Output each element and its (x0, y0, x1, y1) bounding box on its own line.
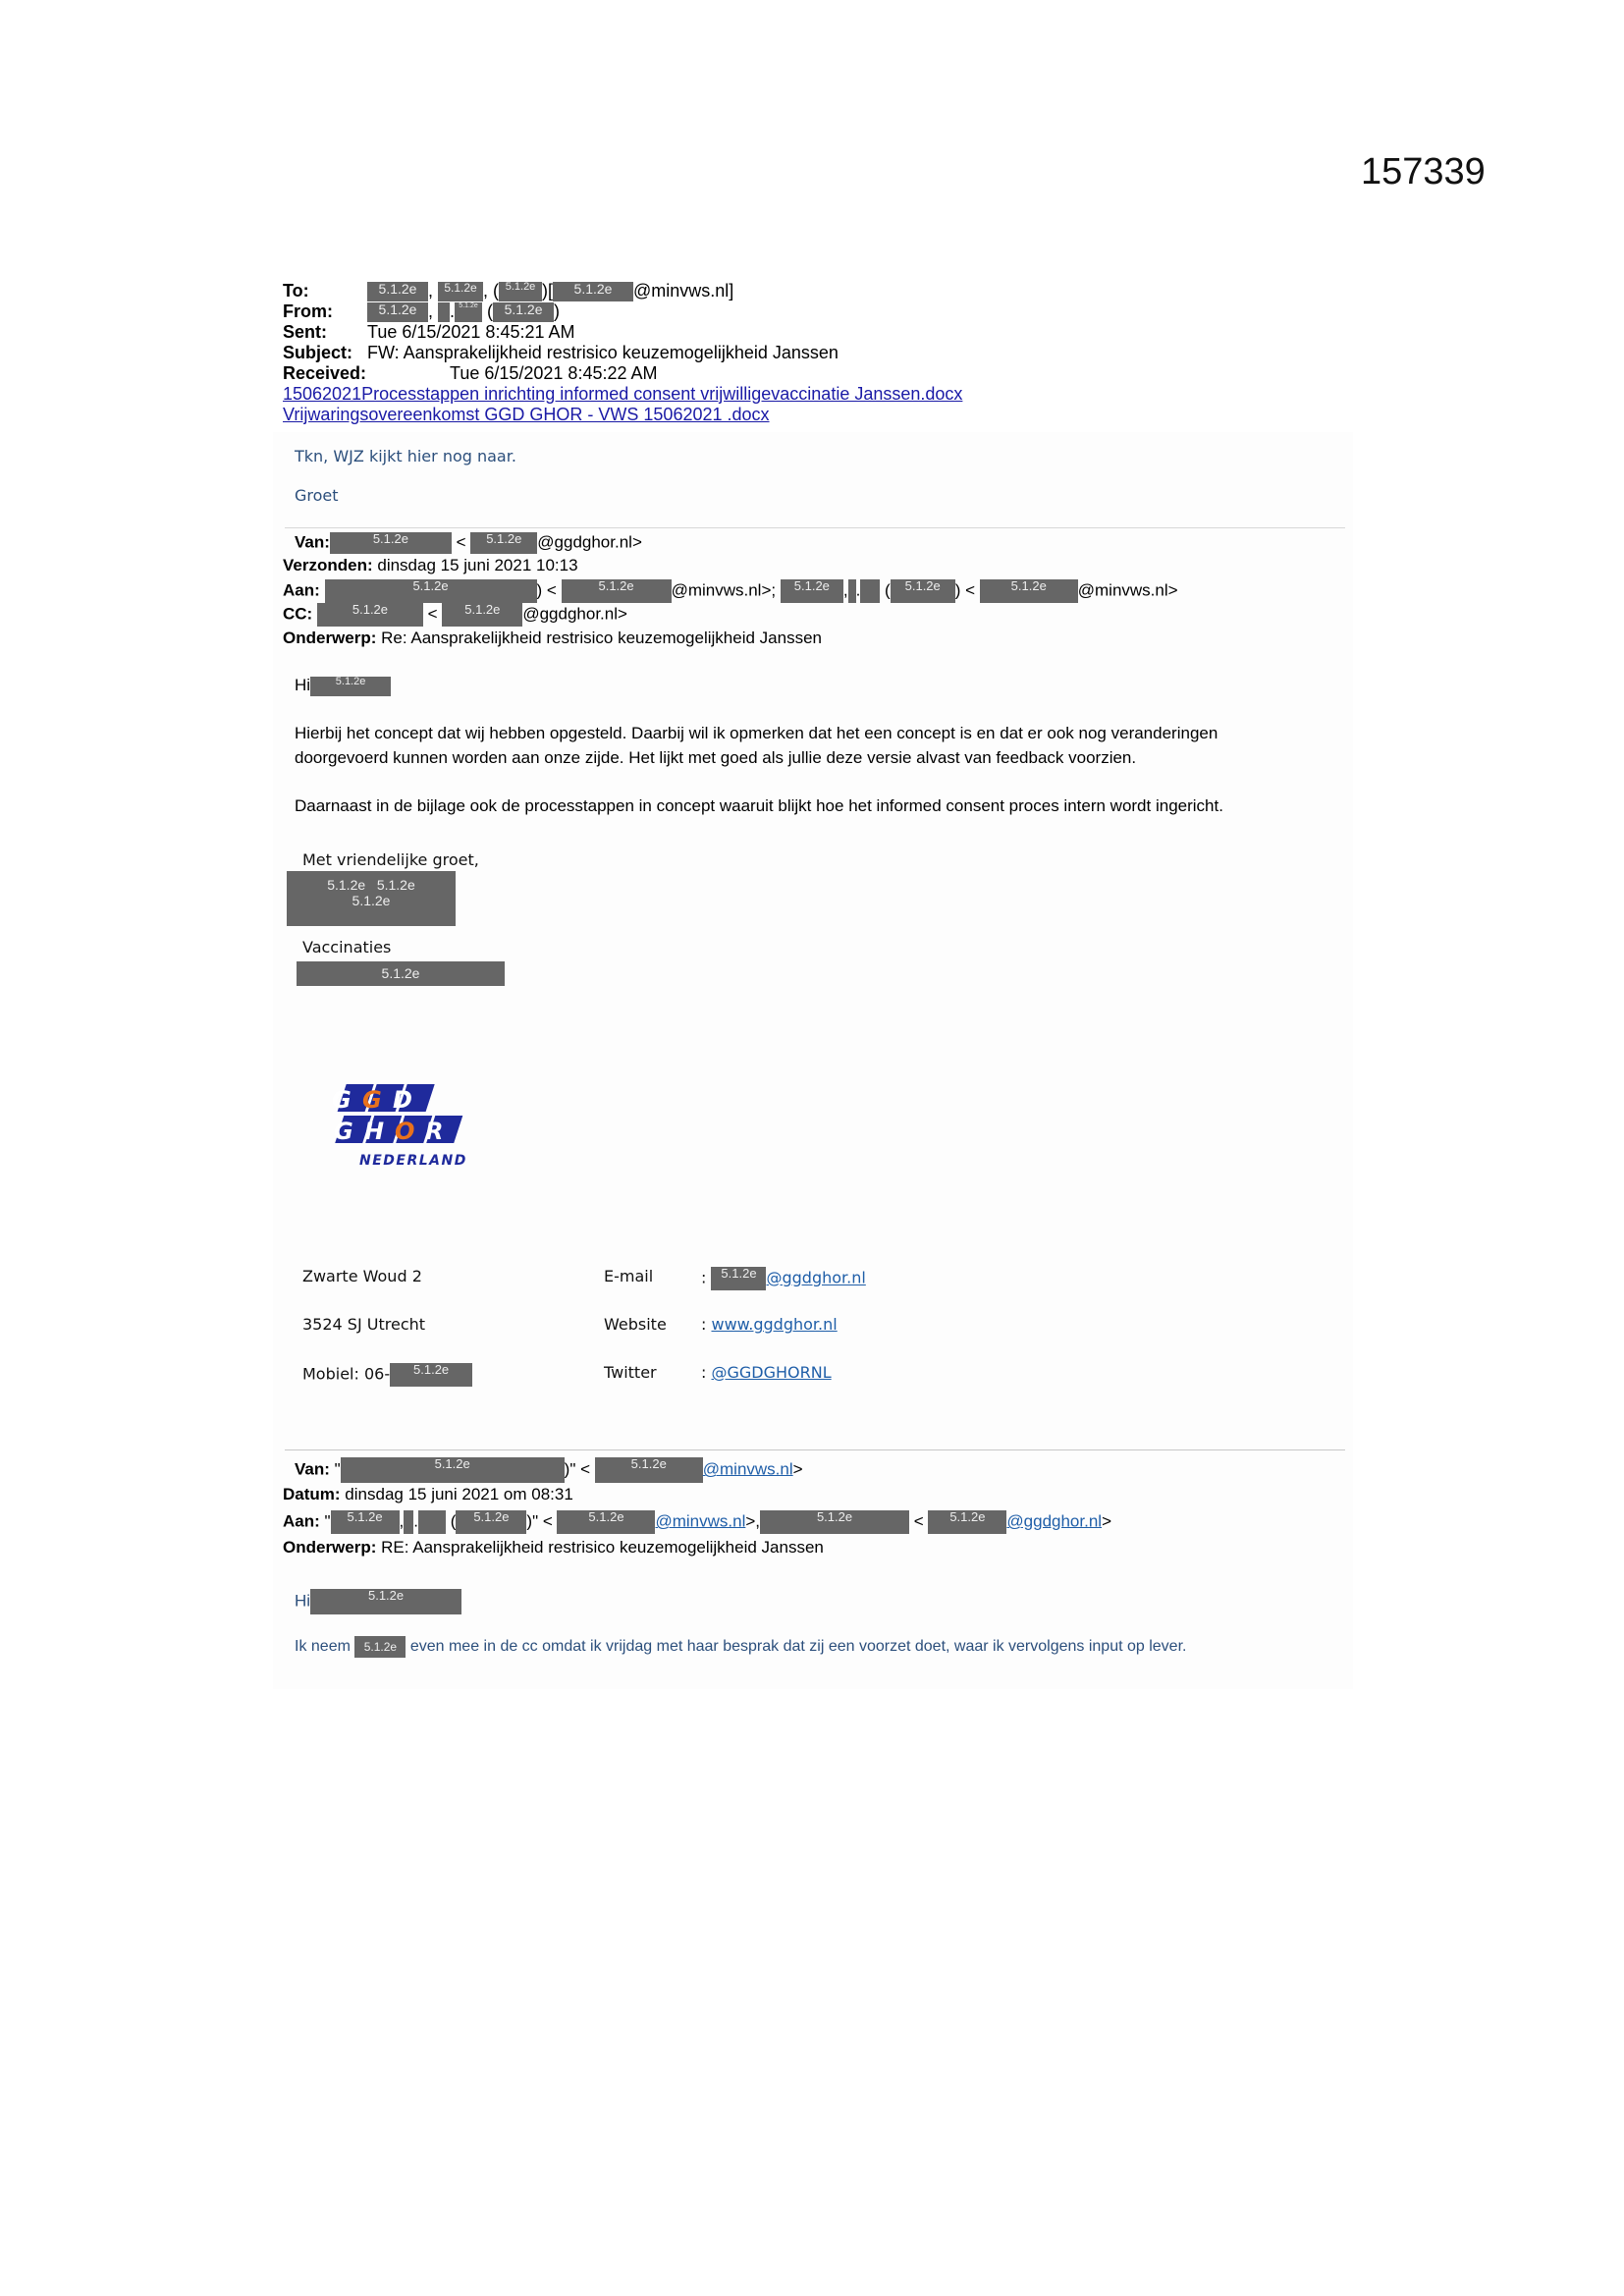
redaction: 5.1.2e (352, 893, 391, 908)
page-number: 157339 (1361, 151, 1486, 193)
aan-label: Aan: (283, 1511, 320, 1530)
redaction: 5.1.2e (493, 302, 554, 322)
redaction: 5.1.2e (980, 579, 1078, 603)
verzonden-value: dinsdag 15 juni 2021 10:13 (377, 556, 577, 574)
redaction: 5.1.2e (310, 677, 391, 696)
redaction: 5.1.2e (760, 1510, 909, 1534)
svg-text:NEDERLAND: NEDERLAND (359, 1153, 467, 1169)
verzonden-label: Verzonden: (283, 556, 373, 574)
forward-note-line1: Tkn, WJZ kijkt hier nog naar. (295, 447, 516, 465)
redaction: 5.1.2e (341, 1457, 565, 1483)
redaction (404, 1510, 413, 1534)
twitter-value: : @GGDGHORNL (701, 1363, 832, 1382)
redaction: 5.1.2e (317, 603, 423, 627)
redaction: 5.1.2e (928, 1510, 1006, 1534)
forward-note-line2: Groet (295, 486, 339, 505)
redaction: 5.1.2e (377, 877, 415, 893)
msg2-datum-row: Datum: dinsdag 15 juni 2021 om 08:31 (283, 1485, 573, 1504)
van-domain: @ggdghor.nl> (537, 532, 642, 551)
datum-label: Datum: (283, 1485, 341, 1503)
separator: : (701, 1363, 706, 1382)
redaction: 5.1.2e (390, 1363, 472, 1387)
redaction: 5.1.2e (367, 302, 428, 322)
mobile-row: Mobiel: 06-5.1.2e (302, 1363, 472, 1387)
redaction (418, 1510, 446, 1534)
aan-domain-1: @minvws.nl>; (672, 580, 777, 599)
msg1-para1-line2: doorgevoerd kunnen worden aan onze zijde… (295, 748, 1136, 768)
sent-value: Tue 6/15/2021 8:45:21 AM (367, 322, 575, 343)
mobile-label: Mobiel: 06- (302, 1365, 390, 1384)
cc-domain: @ggdghor.nl> (522, 604, 627, 623)
address-line1: Zwarte Woud 2 (302, 1267, 422, 1285)
address-line2: 3524 SJ Utrecht (302, 1315, 425, 1334)
sent-row: Sent: Tue 6/15/2021 8:45:21 AM (283, 322, 962, 343)
aan-email-link-1[interactable]: @minvws.nl (655, 1511, 745, 1530)
msg2-aan-row: Aan: "5.1.2e,. (5.1.2e)" < 5.1.2e@minvws… (283, 1510, 1111, 1534)
sent-label: Sent: (283, 322, 367, 343)
website-label: Website (604, 1315, 667, 1334)
msg2-body: Ik neem 5.1.2e even mee in de cc omdat i… (295, 1636, 1186, 1658)
attachment-link[interactable]: Vrijwaringsovereenkomst GGD GHOR - VWS 1… (283, 405, 770, 425)
attachment-link[interactable]: 15062021Processtappen inrichting informe… (283, 384, 962, 405)
redaction: 5.1.2e (562, 579, 672, 603)
twitter-label: Twitter (604, 1363, 657, 1382)
email-label: E-mail (604, 1267, 653, 1285)
aan-email-link-2[interactable]: @ggdghor.nl (1006, 1511, 1102, 1530)
msg1-verzonden-row: Verzonden: dinsdag 15 juni 2021 10:13 (283, 556, 578, 575)
separator: : (701, 1315, 706, 1334)
msg1-onderwerp-row: Onderwerp: Re: Aansprakelijkheid restris… (283, 629, 822, 648)
van-label: Van: (295, 532, 330, 551)
svg-text:R: R (425, 1118, 443, 1145)
divider (285, 527, 1345, 528)
redaction: 5.1.2e (891, 579, 955, 603)
onderwerp-label: Onderwerp: (283, 629, 376, 647)
ggd-ghor-logo: G G D G H O R NEDERLAND (320, 1080, 477, 1178)
attachment-1[interactable]: 15062021Processtappen inrichting informe… (283, 384, 962, 405)
redaction: 5.1.2e (325, 579, 537, 603)
msg1-aan-row: Aan: 5.1.2e) < 5.1.2e@minvws.nl>; 5.1.2e… (283, 579, 1178, 603)
redaction (860, 579, 880, 603)
redaction: 5.1.2e (455, 302, 482, 322)
van-label: Van: (295, 1459, 330, 1478)
aan-label: Aan: (283, 580, 320, 599)
redaction: 5.1.2e (367, 282, 428, 301)
from-row: From: 5.1.2e, .5.1.2e (5.1.2e) (283, 301, 962, 322)
svg-text:D: D (393, 1086, 412, 1114)
redaction: 5.1.2e (327, 877, 365, 893)
department: Vaccinaties (302, 938, 391, 957)
datum-value: dinsdag 15 juni 2021 om 08:31 (345, 1485, 573, 1503)
email-link[interactable]: @ggdghor.nl (766, 1269, 865, 1287)
website-link[interactable]: www.ggdghor.nl (711, 1315, 837, 1334)
redaction: 5.1.2e (354, 1636, 406, 1658)
greeting-text: Hi (295, 676, 310, 694)
to-domain: @minvws.nl] (633, 281, 733, 301)
van-email-link[interactable]: @minvws.nl (703, 1459, 793, 1478)
website-value: : www.ggdghor.nl (701, 1315, 838, 1334)
msg1-cc-row: CC: 5.1.2e < 5.1.2e@ggdghor.nl> (283, 603, 627, 627)
svg-text:H: H (364, 1118, 384, 1145)
redaction: 5.1.2e (438, 282, 483, 301)
received-label: Received: (283, 363, 450, 384)
from-label: From: (283, 301, 367, 322)
onderwerp-label: Onderwerp: (283, 1538, 376, 1557)
outlook-header: To: 5.1.2e, 5.1.2e, (5.1.2e)[5.1.2e@minv… (283, 281, 962, 425)
separator: : (701, 1269, 706, 1287)
svg-text:G: G (332, 1086, 352, 1114)
msg2-van-row: Van: "5.1.2e)" < 5.1.2e@minvws.nl> (295, 1457, 803, 1483)
to-row: To: 5.1.2e, 5.1.2e, (5.1.2e)[5.1.2e@minv… (283, 281, 962, 301)
subject-value: FW: Aansprakelijkheid restrisico keuzemo… (367, 343, 839, 363)
redaction: 5.1.2e (456, 1510, 526, 1534)
redaction (438, 302, 450, 322)
redaction: 5.1.2e (711, 1267, 766, 1290)
redaction: 5.1.2e (557, 1510, 655, 1534)
redaction: 5.1.2e (781, 579, 843, 603)
aan-domain-2: @minvws.nl> (1078, 580, 1178, 599)
redaction: 5.1.2e (470, 532, 537, 554)
redacted-name-block: 5.1.2e 5.1.2e5.1.2e (287, 871, 456, 926)
twitter-link[interactable]: @GGDGHORNL (711, 1363, 831, 1382)
redaction: 5.1.2e (553, 282, 633, 301)
onderwerp-value: RE: Aansprakelijkheid restrisico keuzemo… (381, 1538, 824, 1557)
redaction: 5.1.2e (310, 1589, 461, 1614)
attachment-2[interactable]: Vrijwaringsovereenkomst GGD GHOR - VWS 1… (283, 405, 962, 425)
redaction: 5.1.2e (595, 1457, 703, 1483)
redaction (848, 579, 856, 603)
received-row: Received: Tue 6/15/2021 8:45:22 AM (283, 363, 962, 384)
email-value: : 5.1.2e@ggdghor.nl (701, 1267, 866, 1290)
msg1-van-row: Van:5.1.2e < 5.1.2e@ggdghor.nl> (295, 532, 642, 554)
ggd-ghor-logo-icon: G G D G H O R NEDERLAND (320, 1080, 477, 1178)
msg1-para2: Daarnaast in de bijlage ook de processta… (295, 796, 1223, 816)
onderwerp-value: Re: Aansprakelijkheid restrisico keuzemo… (381, 629, 822, 647)
redaction: 5.1.2e (297, 961, 505, 986)
msg1-greeting: Hi5.1.2e (295, 676, 391, 696)
svg-text:G: G (362, 1086, 382, 1114)
closing: Met vriendelijke groet, (302, 850, 479, 869)
divider (285, 1449, 1345, 1450)
redaction: 5.1.2e (330, 532, 452, 554)
body-prefix: Ik neem (295, 1638, 351, 1655)
received-value: Tue 6/15/2021 8:45:22 AM (450, 363, 658, 384)
msg1-para1-line1: Hierbij het concept dat wij hebben opges… (295, 724, 1218, 743)
redaction: 5.1.2e (442, 603, 522, 627)
redaction: 5.1.2e (499, 282, 542, 301)
cc-label: CC: (283, 604, 312, 623)
msg2-greeting: Hi5.1.2e (295, 1589, 461, 1614)
body-suffix: even mee in de cc omdat ik vrijdag met h… (410, 1638, 1187, 1655)
svg-text:G: G (334, 1118, 353, 1145)
subject-label: Subject: (283, 343, 367, 363)
svg-text:O: O (395, 1118, 414, 1145)
to-label: To: (283, 281, 367, 301)
redaction: 5.1.2e (331, 1510, 400, 1534)
greeting-text: Hi (295, 1591, 310, 1610)
msg2-onderwerp-row: Onderwerp: RE: Aansprakelijkheid restris… (283, 1538, 824, 1558)
subject-row: Subject: FW: Aansprakelijkheid restrisic… (283, 343, 962, 363)
